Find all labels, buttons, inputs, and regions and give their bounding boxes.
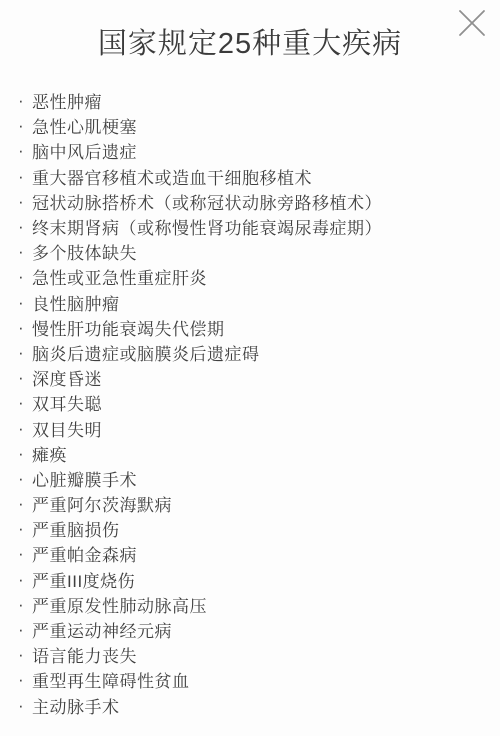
list-item: · 严重原发性肺动脉高压 [18,592,490,617]
bullet-icon: · [18,596,32,613]
disease-name: 重型再生障碍性贫血 [32,667,190,692]
bullet-icon: · [18,92,32,109]
list-item: · 恶性肿瘤 [18,88,490,113]
list-item: · 严重帕金森病 [18,541,490,566]
bullet-icon: · [18,344,32,361]
bullet-icon: · [18,142,32,159]
close-button[interactable] [457,8,487,38]
bullet-icon: · [18,470,32,487]
list-item: · 双目失明 [18,415,490,440]
disease-name: 多个肢体缺失 [32,239,137,264]
bullet-icon: · [18,394,32,411]
disease-name: 慢性肝功能衰竭失代偿期 [32,315,225,340]
disease-name: 恶性肿瘤 [32,88,102,113]
disease-name: 严重阿尔茨海默病 [32,491,172,516]
disease-name: 急性或亚急性重症肝炎 [32,264,207,289]
list-item: · 严重III度烧伤 [18,567,490,592]
page-title: 国家规定25种重大疾病 [0,0,500,62]
bullet-icon: · [18,420,32,437]
bullet-icon: · [18,319,32,336]
disease-name: 双耳失聪 [32,390,102,415]
bullet-icon: · [18,671,32,688]
disease-name: 双目失明 [32,416,102,441]
bullet-icon: · [18,294,32,311]
bullet-icon: · [18,445,32,462]
list-item: · 急性或亚急性重症肝炎 [18,264,490,289]
bullet-icon: · [18,520,32,537]
disease-name: 重大器官移植术或造血干细胞移植术 [32,164,312,189]
bullet-icon: · [18,697,32,714]
list-item: · 脑中风后遗症 [18,138,490,163]
bullet-icon: · [18,218,32,235]
bullet-icon: · [18,369,32,386]
list-item: · 多个肢体缺失 [18,239,490,264]
list-item: · 严重脑损伤 [18,516,490,541]
bullet-icon: · [18,168,32,185]
list-item: · 瘫痪 [18,441,490,466]
disease-name: 良性脑肿瘤 [32,290,120,315]
bullet-icon: · [18,495,32,512]
list-item: · 脑炎后遗症或脑膜炎后遗症碍 [18,340,490,365]
disease-name: 主动脉手术 [32,693,120,718]
disease-list: · 恶性肿瘤 · 急性心肌梗塞 · 脑中风后遗症 · 重大器官移植术或造血干细胞… [0,88,500,718]
list-item: · 重型再生障碍性贫血 [18,667,490,692]
disease-name: 严重脑损伤 [32,516,120,541]
list-item: · 严重运动神经元病 [18,617,490,642]
bullet-icon: · [18,571,32,588]
bullet-icon: · [18,621,32,638]
list-item: · 重大器官移植术或造血干细胞移植术 [18,164,490,189]
list-item: · 冠状动脉搭桥术（或称冠状动脉旁路移植术） [18,189,490,214]
disease-name: 终末期肾病（或称慢性肾功能衰竭尿毒症期） [32,214,382,239]
list-item: · 语言能力丧失 [18,642,490,667]
disease-name: 脑炎后遗症或脑膜炎后遗症碍 [32,340,260,365]
disease-name: 急性心肌梗塞 [32,113,137,138]
bullet-icon: · [18,268,32,285]
disease-name: 深度昏迷 [32,365,102,390]
disease-name: 严重运动神经元病 [32,617,172,642]
list-item: · 良性脑肿瘤 [18,290,490,315]
list-item: · 慢性肝功能衰竭失代偿期 [18,315,490,340]
list-item: · 主动脉手术 [18,693,490,718]
list-item: · 心脏瓣膜手术 [18,466,490,491]
list-item: · 严重阿尔茨海默病 [18,491,490,516]
list-item: · 双耳失聪 [18,390,490,415]
list-item: · 深度昏迷 [18,365,490,390]
disease-name: 语言能力丧失 [32,642,137,667]
disease-name: 严重原发性肺动脉高压 [32,592,207,617]
close-icon [458,9,486,37]
bullet-icon: · [18,117,32,134]
bullet-icon: · [18,545,32,562]
bullet-icon: · [18,243,32,260]
disease-name: 心脏瓣膜手术 [32,466,137,491]
list-item: · 急性心肌梗塞 [18,113,490,138]
disease-name: 严重III度烧伤 [32,567,135,592]
bullet-icon: · [18,646,32,663]
disease-name: 瘫痪 [32,441,67,466]
disease-name: 脑中风后遗症 [32,138,137,163]
bullet-icon: · [18,193,32,210]
disease-name: 冠状动脉搭桥术（或称冠状动脉旁路移植术） [32,189,382,214]
disease-name: 严重帕金森病 [32,541,137,566]
list-item: · 终末期肾病（或称慢性肾功能衰竭尿毒症期） [18,214,490,239]
